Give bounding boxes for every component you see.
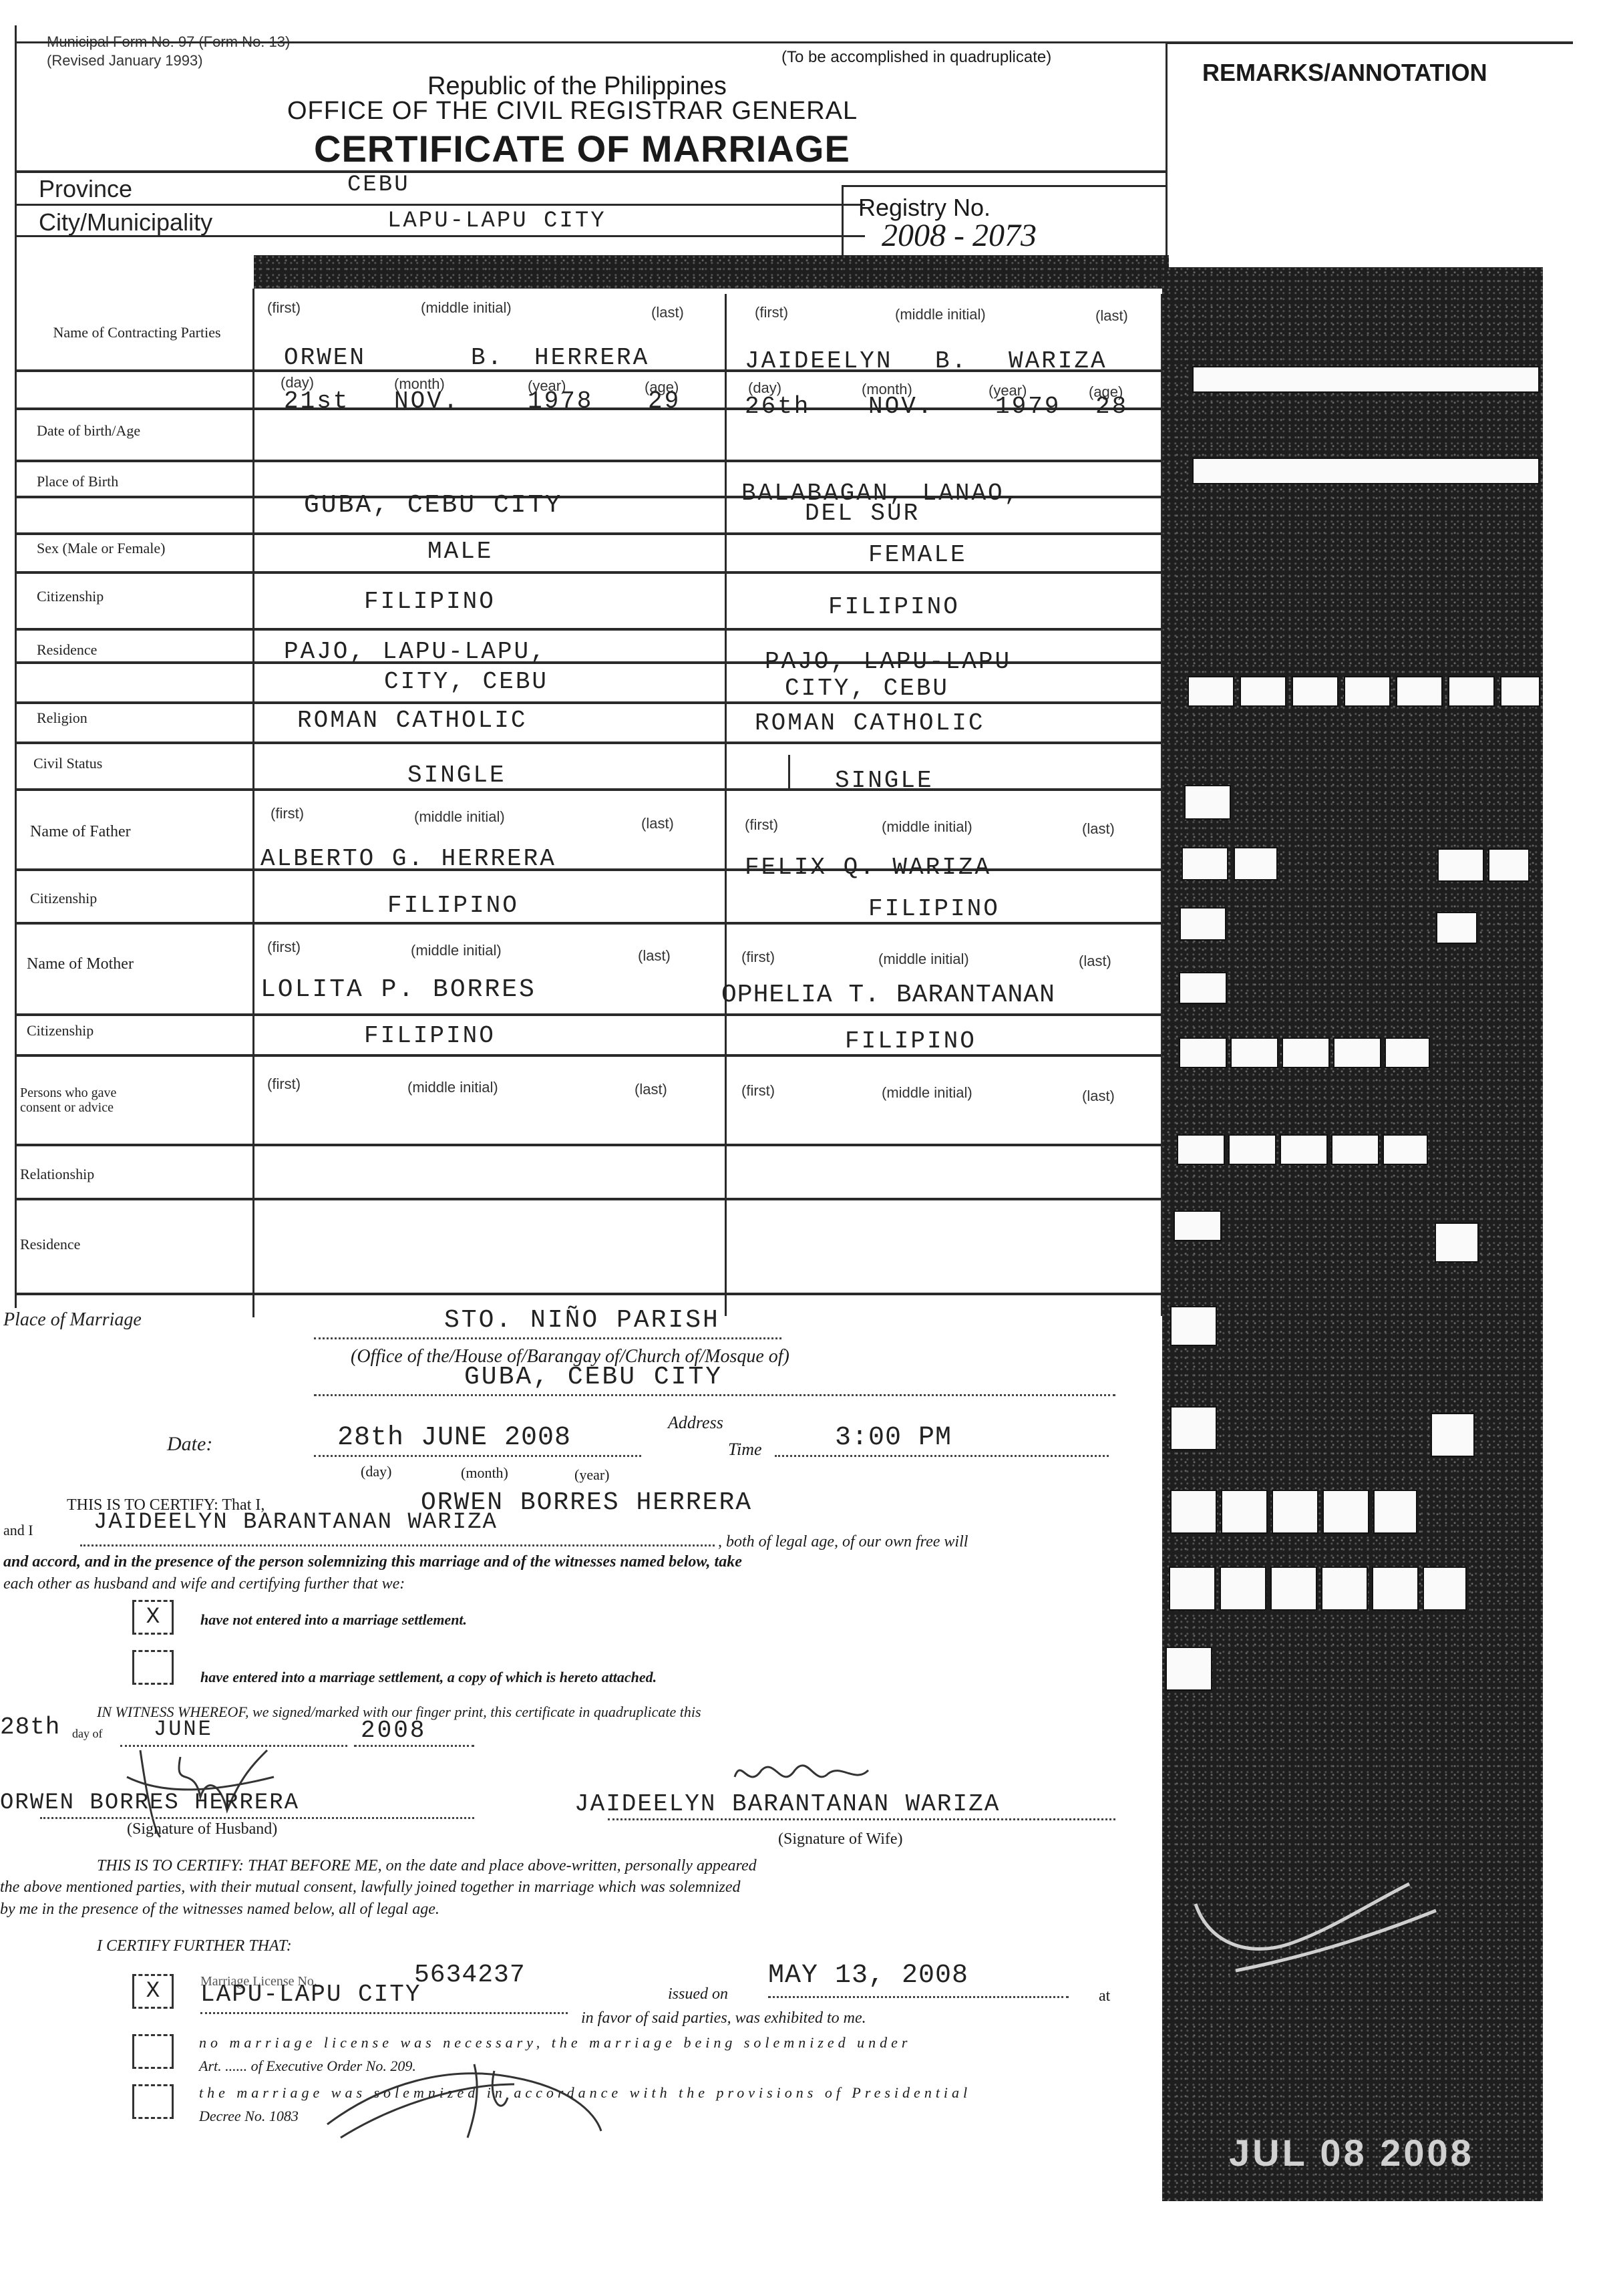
wife-first-sublabel: (first) — [755, 304, 788, 321]
code-box — [1373, 1490, 1417, 1534]
city-label: City/Municipality — [39, 208, 212, 236]
accomplish-note: (To be accomplished in quadruplicate) — [781, 48, 1051, 67]
date-month-sublabel: (month) — [461, 1464, 508, 1482]
label-father: Name of Father — [30, 823, 131, 841]
wife-consent-first-sublabel: (first) — [741, 1082, 775, 1100]
code-box — [1383, 1134, 1428, 1165]
husband-father-name: ALBERTO G. HERRERA — [260, 845, 556, 872]
wife-father-middle-sublabel: (middle initial) — [882, 818, 972, 836]
solemnizer-text1: THIS IS TO CERTIFY: THAT BEFORE ME, on t… — [97, 1857, 757, 1875]
code-box — [1170, 1306, 1217, 1346]
time-label: Time — [728, 1440, 762, 1460]
received-stamp-date: JUL 08 2008 — [1229, 2131, 1474, 2174]
code-box — [1228, 1134, 1276, 1165]
certify-wife-name: JAIDEELYN BARANTANAN WARIZA — [94, 1510, 498, 1535]
label-date-of-birth: Date of birth/Age — [37, 422, 140, 440]
wife-consent-middle-sublabel: (middle initial) — [882, 1084, 972, 1102]
code-box — [1333, 1037, 1381, 1068]
code-box — [1234, 847, 1278, 880]
annotation-field-1 — [1192, 366, 1540, 393]
father-middle-sublabel: (middle initial) — [414, 808, 505, 826]
code-box — [1431, 1413, 1475, 1457]
wife-birth-year: 1979 — [995, 393, 1061, 420]
code-box — [1322, 1490, 1369, 1534]
marriage-date: 28th JUNE 2008 — [337, 1423, 571, 1453]
wife-mother-middle-sublabel: (middle initial) — [878, 951, 969, 968]
wife-birth-month: NOV. — [868, 393, 934, 420]
label-mother: Name of Mother — [27, 955, 134, 973]
husband-citizenship: FILIPINO — [364, 588, 496, 615]
code-box — [1488, 848, 1530, 882]
code-box — [1500, 676, 1540, 707]
code-box — [1166, 1647, 1212, 1691]
mother-middle-sublabel: (middle initial) — [411, 942, 502, 959]
husband-residence-line2: CITY, CEBU — [384, 668, 548, 695]
code-box — [1272, 1490, 1318, 1534]
no-settlement-label: have not entered into a marriage settlem… — [200, 1611, 467, 1629]
code-box — [1437, 848, 1484, 882]
husband-sex: MALE — [427, 538, 493, 565]
label-citizenship: Citizenship — [37, 588, 104, 605]
date-day-sublabel: (day) — [361, 1463, 391, 1480]
no-settlement-checkbox[interactable]: X — [132, 1600, 174, 1635]
code-box — [1321, 1567, 1368, 1611]
code-box — [1230, 1037, 1278, 1068]
husband-father-citizenship: FILIPINO — [387, 892, 519, 919]
wife-father-last-sublabel: (last) — [1082, 820, 1115, 838]
wife-father-citizenship: FILIPINO — [868, 895, 1000, 923]
annotation-field-2 — [1192, 458, 1540, 484]
code-box — [1180, 907, 1226, 941]
wife-civil-status: SINGLE — [835, 767, 934, 794]
consent-last-sublabel: (last) — [635, 1081, 667, 1098]
license-checkbox[interactable]: X — [132, 1974, 174, 2009]
wife-sex: FEMALE — [868, 541, 967, 568]
mother-last-sublabel: (last) — [638, 947, 671, 965]
husband-last-sublabel: (last) — [651, 304, 684, 321]
wife-mother-citizenship: FILIPINO — [845, 1027, 976, 1055]
father-first-sublabel: (first) — [271, 805, 304, 822]
wife-consent-last-sublabel: (last) — [1082, 1088, 1115, 1105]
wife-father-name: FELIX Q. WARIZA — [745, 854, 991, 881]
wife-age: 28 — [1095, 393, 1128, 420]
husband-middle-initial: B. — [471, 344, 504, 371]
registry-number: 2008 - 2073 — [882, 217, 1037, 254]
marriage-time: 3:00 PM — [835, 1423, 952, 1453]
label-place-of-birth: Place of Birth — [37, 473, 118, 490]
label-relationship: Relationship — [20, 1166, 94, 1183]
code-box — [1282, 1037, 1330, 1068]
license-number: 5634237 — [414, 1961, 526, 1989]
code-box — [1372, 1567, 1419, 1611]
wife-middle-sublabel: (middle initial) — [895, 306, 986, 323]
no-license-text1: no marriage license was necessary, the m… — [199, 2034, 911, 2052]
solemnizer-text2: the above mentioned parties, with their … — [0, 1878, 741, 1897]
wife-first-name: JAIDEELYN — [745, 347, 892, 375]
code-box — [1170, 1406, 1217, 1450]
wife-residence-line1: PAJO, LAPU-LAPU — [765, 648, 1011, 675]
label-residence: Residence — [37, 641, 97, 659]
code-box — [1240, 676, 1286, 707]
certify-text1: , both of legal age, of our own free wil… — [718, 1533, 968, 1551]
husband-mother-citizenship: FILIPINO — [364, 1022, 496, 1049]
license-issued-date: MAY 13, 2008 — [768, 1961, 968, 1991]
pd1083-text2: Decree No. 1083 — [199, 2108, 299, 2125]
address-label: Address — [668, 1413, 723, 1433]
date-year-sublabel: (year) — [574, 1466, 610, 1484]
code-box — [1174, 1210, 1222, 1241]
label-civil-status: Civil Status — [33, 755, 102, 772]
label-consent: Persons who gave consent or advice — [20, 1086, 147, 1115]
witness-year: 2008 — [361, 1717, 426, 1744]
issued-at-label: at — [1099, 1987, 1110, 2005]
code-box — [1270, 1567, 1317, 1611]
place-of-marriage-label: Place of Marriage — [3, 1309, 142, 1331]
wife-mother-last-sublabel: (last) — [1079, 953, 1111, 970]
label-mother-citizenship: Citizenship — [27, 1022, 94, 1039]
remarks-header: REMARKS/ANNOTATION — [1202, 59, 1487, 87]
solemnizer-text3: by me in the presence of the witnesses n… — [0, 1901, 439, 1919]
mother-first-sublabel: (first) — [267, 939, 301, 956]
code-box — [1177, 1134, 1225, 1165]
wife-place-of-birth-line2: DEL SUR — [805, 500, 920, 527]
husband-birth-day: 21st — [284, 387, 349, 415]
code-box — [1331, 1134, 1379, 1165]
husband-birth-month: NOV. — [394, 387, 460, 415]
issued-on-label: issued on — [668, 1985, 728, 2003]
husband-mother-name: LOLITA P. BORRES — [260, 975, 536, 1004]
form-revised: (Revised January 1993) — [47, 52, 203, 69]
label-contracting-parties: Name of Contracting Parties — [27, 324, 247, 341]
wife-signature-name: JAIDEELYN BARANTANAN WARIZA — [574, 1790, 1000, 1818]
wife-citizenship: FILIPINO — [828, 593, 960, 621]
date-label: Date: — [167, 1433, 212, 1456]
label-religion: Religion — [37, 709, 87, 727]
code-box — [1170, 1490, 1217, 1534]
husband-civil-status: SINGLE — [407, 762, 506, 789]
in-favor-text: in favor of said parties, was exhibited … — [581, 2009, 866, 2027]
code-box — [1188, 676, 1234, 707]
with-settlement-checkbox[interactable] — [132, 1650, 174, 1685]
province-label: Province — [39, 175, 132, 203]
code-box — [1220, 1567, 1266, 1611]
wife-birth-day: 26th — [745, 393, 810, 420]
certify-text3: each other as husband and wife and certi… — [3, 1575, 405, 1593]
code-box — [1292, 676, 1338, 707]
husband-signature-label: (Signature of Husband) — [127, 1820, 277, 1838]
code-box — [1280, 1134, 1328, 1165]
certificate-title: CERTIFICATE OF MARRIAGE — [314, 127, 850, 170]
code-box — [1396, 676, 1443, 707]
husband-age: 29 — [648, 387, 681, 415]
office-heading: OFFICE OF THE CIVIL REGISTRAR GENERAL — [287, 97, 858, 126]
certify-text2: and accord, and in the presence of the p… — [3, 1553, 742, 1571]
label-consent-residence: Residence — [20, 1236, 80, 1253]
city-value: LAPU-LAPU CITY — [387, 208, 606, 234]
wife-mother-first-sublabel: (first) — [741, 949, 775, 966]
husband-residence-line1: PAJO, LAPU-LAPU, — [284, 638, 547, 665]
code-box — [1179, 972, 1227, 1004]
husband-signature-name: ORWEN BORRES HERRERA — [0, 1790, 299, 1816]
code-box — [1436, 912, 1477, 944]
husband-first-sublabel: (first) — [267, 299, 301, 317]
label-sex: Sex (Male or Female) — [37, 540, 165, 557]
no-license-checkbox[interactable] — [132, 2034, 174, 2069]
husband-place-of-birth: GUBA, CEBU CITY — [304, 491, 562, 520]
husband-first-name: ORWEN — [284, 344, 366, 371]
consent-first-sublabel: (first) — [267, 1076, 301, 1093]
place-of-marriage-value: STO. NIÑO PARISH — [444, 1306, 720, 1335]
code-box — [1184, 785, 1231, 820]
wife-last-name: WARIZA — [1009, 347, 1107, 375]
code-box — [1423, 1567, 1467, 1611]
code-box — [1169, 1567, 1216, 1611]
consent-middle-sublabel: (middle initial) — [407, 1079, 498, 1096]
wife-mother-name: OPHELIA T. BARANTANAN — [721, 981, 1055, 1009]
wife-last-sublabel: (last) — [1095, 307, 1128, 325]
certify-further: I CERTIFY FURTHER THAT: — [97, 1937, 292, 1955]
province-value: CEBU — [347, 172, 410, 198]
husband-religion: ROMAN CATHOLIC — [297, 707, 527, 734]
code-box — [1179, 1037, 1227, 1068]
father-last-sublabel: (last) — [641, 815, 674, 832]
certify-and-i: and I — [3, 1522, 33, 1539]
husband-last-name: HERRERA — [534, 344, 649, 371]
wife-residence-line2: CITY, CEBU — [785, 675, 949, 702]
pd1083-checkbox[interactable] — [132, 2084, 174, 2119]
wife-religion: ROMAN CATHOLIC — [755, 709, 985, 737]
code-box — [1385, 1037, 1430, 1068]
wife-middle-initial: B. — [935, 347, 968, 375]
marriage-address: GUBA, CEBU CITY — [464, 1363, 723, 1391]
code-box — [1182, 847, 1228, 880]
code-box — [1435, 1222, 1479, 1263]
wife-father-first-sublabel: (first) — [745, 816, 778, 834]
received-stamp-scribble — [1169, 1837, 1530, 2011]
label-father-citizenship: Citizenship — [30, 890, 97, 907]
license-issued-at: LAPU-LAPU CITY — [200, 1981, 421, 2008]
code-box — [1221, 1490, 1268, 1534]
with-settlement-label: have entered into a marriage settlement,… — [200, 1669, 657, 1686]
husband-birth-year: 1978 — [528, 387, 593, 415]
witness-day: 28th — [0, 1713, 60, 1741]
husband-middle-sublabel: (middle initial) — [421, 299, 512, 317]
wife-signature-label: (Signature of Wife) — [778, 1830, 903, 1848]
code-box — [1448, 676, 1495, 707]
solemnizer-signature-scribble — [314, 2058, 688, 2144]
code-box — [1344, 676, 1391, 707]
table-header-strip — [254, 255, 1169, 289]
